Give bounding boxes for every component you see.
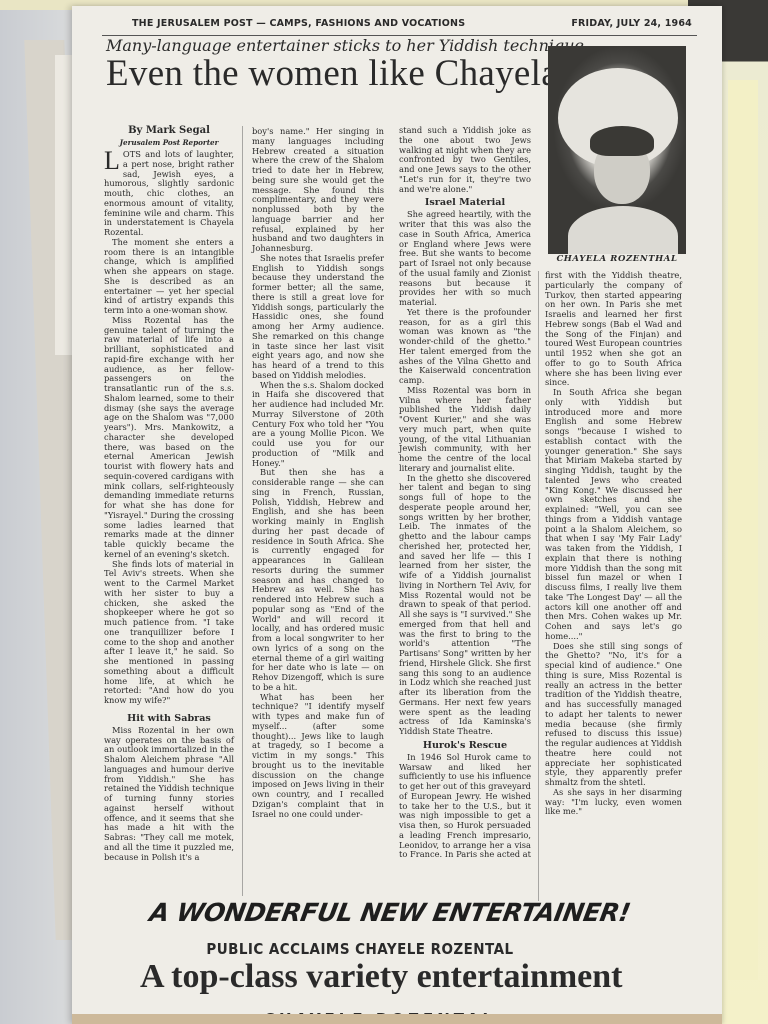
paragraph: Miss Rozental has the genuine talent of …	[104, 316, 234, 560]
masthead-title: THE JERUSALEM POST — CAMPS, FASHIONS AND…	[132, 18, 465, 29]
paragraph: boy's name." Her singing in many languag…	[252, 127, 384, 254]
portrait-photo	[548, 46, 686, 254]
photo-hair	[590, 126, 654, 156]
byline-affiliation: Jerusalem Post Reporter	[104, 138, 234, 148]
column-rule	[242, 126, 243, 896]
bottom-paper-edge	[72, 1014, 722, 1024]
masthead-date: FRIDAY, JULY 24, 1964	[571, 18, 692, 29]
paragraph: She agreed heartily, with the writer tha…	[399, 210, 531, 308]
byline: By Mark Segal	[104, 124, 234, 138]
column-rule	[538, 271, 539, 901]
subhead: Israel Material	[399, 196, 531, 209]
paragraph: In South Africa she began only with Yidd…	[545, 388, 682, 642]
advert-headline: A WONDERFUL NEW ENTERTAINER!	[147, 898, 572, 927]
article-column-2: boy's name." Her singing in many languag…	[252, 127, 384, 819]
article-headline: Even the women like Chayela	[106, 52, 556, 95]
paragraph: The moment she enters a room there is an…	[104, 238, 234, 316]
advert-subline: PUBLIC ACCLAIMS CHAYELE ROZENTAL	[171, 940, 549, 958]
paragraph: In 1946 Sol Hurok came to Warsaw and lik…	[399, 753, 531, 860]
paragraph: When the s.s. Shalom docked in Haifa she…	[252, 381, 384, 469]
photo-caption: CHAYELA ROZENTHAL	[548, 254, 686, 264]
subhead: Hit with Sabras	[104, 712, 234, 725]
article-column-4: first with the Yiddish theatre, particul…	[545, 271, 682, 817]
newspaper-clipping: THE JERUSALEM POST — CAMPS, FASHIONS AND…	[72, 6, 722, 1024]
article-column-1: By Mark Segal Jerusalem Post Reporter LO…	[104, 122, 234, 862]
paragraph: She finds lots of material in Tel Aviv's…	[104, 560, 234, 706]
paragraph: Yet there is the profounder reason, for …	[399, 308, 531, 386]
paragraph: As she says in her disarming way: "I'm l…	[545, 788, 682, 817]
paragraph: LOTS and lots of laughter, a pert nose, …	[104, 150, 234, 238]
article-column-3: stand such a Yiddish joke as the one abo…	[399, 126, 531, 860]
advert-tagline: A top-class variety entertainment	[140, 958, 600, 996]
paragraph: first with the Yiddish theatre, particul…	[545, 271, 682, 388]
photo-shoulder	[568, 206, 678, 254]
masthead: THE JERUSALEM POST — CAMPS, FASHIONS AND…	[132, 18, 692, 29]
drop-cap: L	[104, 151, 120, 171]
background-sheet	[728, 80, 758, 980]
paragraph: Miss Rozental in her own way operates on…	[104, 726, 234, 863]
subhead: Hurok's Rescue	[399, 739, 531, 752]
paragraph: Does she still sing songs of the Ghetto?…	[545, 642, 682, 788]
paragraph: She notes that Israelis prefer English t…	[252, 254, 384, 381]
paragraph: What has been her technique? "I identify…	[252, 693, 384, 820]
paragraph: In the ghetto she discovered her talent …	[399, 474, 531, 737]
paragraph: stand such a Yiddish joke as the one abo…	[399, 126, 531, 194]
paragraph: Miss Rozental was born in Vilna where he…	[399, 386, 531, 474]
paragraph: But then she has a considerable range — …	[252, 468, 384, 692]
